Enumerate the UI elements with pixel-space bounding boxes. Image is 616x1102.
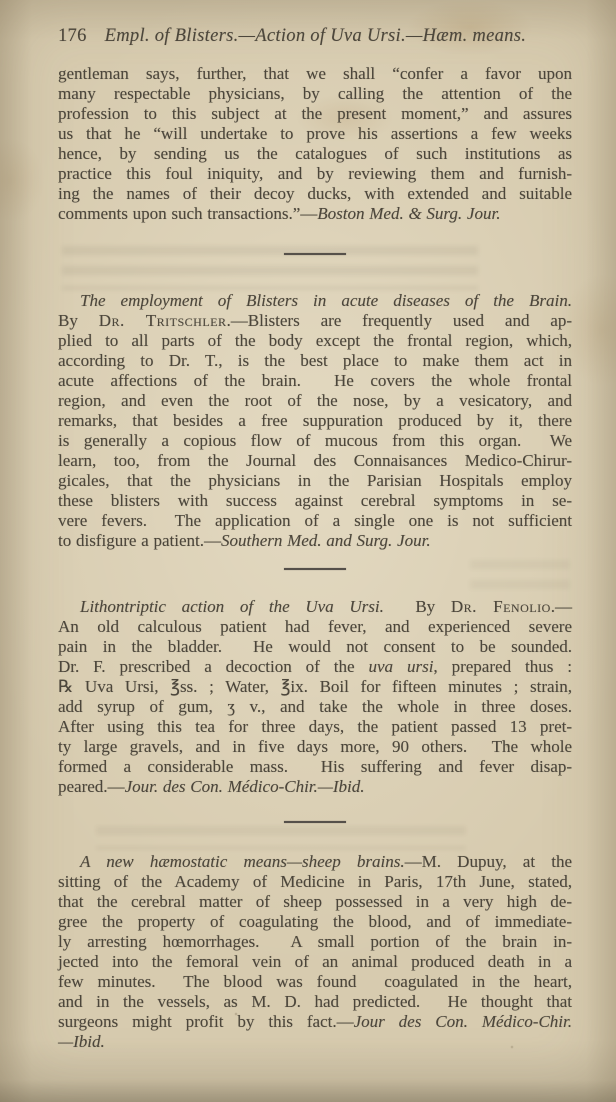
article-quack-institutions: gentleman says, further, that we shall “… <box>58 64 572 224</box>
text-segment: add syrup of gum, ʒ v., and take the who… <box>58 697 572 716</box>
text-segment: and in the vessels, as M. D. had predict… <box>58 992 572 1011</box>
text-line: jected into the femoral vein of an anima… <box>58 952 572 972</box>
text-segment: By <box>58 311 99 330</box>
text-segment: acute affections of the brain. He covers… <box>58 371 572 390</box>
text-segment: gicales, that the physicians in the Pari… <box>58 471 572 490</box>
text-line: peared.—Jour. des Con. Médico-Chir.—Ibid… <box>58 777 572 797</box>
text-segment: , prepared thus : <box>433 657 572 676</box>
text-segment: ℞ Uva Ursi, ℥ss. ; Water, ℥ix. Boil for … <box>58 677 572 696</box>
text-segment: is generally a copious flow of mucous fr… <box>58 431 572 450</box>
text-line: pain in the bladder. He would not consen… <box>58 637 572 657</box>
text-line: sitting of the Academy of Medicine in Pa… <box>58 872 572 892</box>
text-segment: peared.— <box>58 777 125 796</box>
text-line: acute affections of the brain. He covers… <box>58 371 572 391</box>
text-line: ing the names of their decoy ducks, with… <box>58 184 572 204</box>
article-blisters-brain: The employment of Blisters in acute dise… <box>58 291 572 551</box>
text-segment: —Ibid. <box>58 1032 105 1051</box>
text-segment: ly arresting hœmorrhages. A small portio… <box>58 932 572 951</box>
text-segment: Dr. Fenolio <box>451 597 551 616</box>
text-segment: that the cerebral matter of sheep posses… <box>58 892 572 911</box>
text-line: few minutes. The blood was found coagula… <box>58 972 572 992</box>
text-segment: gentleman says, further, that we shall “… <box>58 64 572 83</box>
text-segment: jected into the femoral vein of an anima… <box>58 952 572 971</box>
text-segment: formed a considerable mass. His sufferin… <box>58 757 572 776</box>
text-segment: ty large gravels, and in five days more,… <box>58 737 572 756</box>
section-divider <box>284 253 346 255</box>
text-segment: hence, by sending us the catalogues of s… <box>58 144 572 163</box>
article-sheep-brains: A new hæmostatic means—sheep brains.—M. … <box>58 852 572 1052</box>
text-line: The employment of Blisters in acute dise… <box>58 291 572 311</box>
text-segment: By <box>384 597 451 616</box>
text-line: An old calculous patient had fever, and … <box>58 617 572 637</box>
text-segment: After using this tea for three days, the… <box>58 717 572 736</box>
page-body: gentleman says, further, that we shall “… <box>58 64 572 1052</box>
text-line: ly arresting hœmorrhages. A small portio… <box>58 932 572 952</box>
text-line: After using this tea for three days, the… <box>58 717 572 737</box>
text-segment: .—Blisters are frequently used and ap- <box>227 311 572 330</box>
text-line: according to Dr. T., is the best place t… <box>58 351 572 371</box>
text-segment: remarks, that besides a free suppuration… <box>58 411 572 430</box>
text-line: surgeons might profit by this fact.—Jour… <box>58 1012 572 1032</box>
text-line: comments upon such transactions.”—Boston… <box>58 204 572 224</box>
text-segment: pain in the bladder. He would not consen… <box>58 637 572 656</box>
text-line: learn, too, from the Journal des Connais… <box>58 451 572 471</box>
text-segment: Dr. Tritschler <box>99 311 227 330</box>
text-segment: comments upon such transactions.”— <box>58 204 317 223</box>
text-line: practice this foul iniquity, and by revi… <box>58 164 572 184</box>
text-line: Dr. F. prescribed a decoction of the uva… <box>58 657 572 677</box>
text-line: gree the property of coagulating the blo… <box>58 912 572 932</box>
text-segment: A new hæmostatic means—sheep brains. <box>80 852 405 871</box>
text-segment: uva ursi <box>368 657 433 676</box>
text-line: us that he “will undertake to prove his … <box>58 124 572 144</box>
text-line: to disfigure a patient.—Southern Med. an… <box>58 531 572 551</box>
text-segment: ing the names of their decoy ducks, with… <box>58 184 572 203</box>
section-divider <box>284 568 346 570</box>
journal-page-scan: 176 Empl. of Blisters.—Action of Uva Urs… <box>0 0 616 1102</box>
text-segment: profession to this subject at the presen… <box>58 104 572 123</box>
text-segment: Boston Med. & Surg. Jour. <box>317 204 500 223</box>
text-line: gicales, that the physicians in the Pari… <box>58 471 572 491</box>
text-segment: plied to all parts of the body except th… <box>58 331 572 350</box>
text-segment: .— <box>551 597 572 616</box>
text-line: remarks, that besides a free suppuration… <box>58 411 572 431</box>
page-number: 176 <box>58 26 87 46</box>
text-line: ℞ Uva Ursi, ℥ss. ; Water, ℥ix. Boil for … <box>58 677 572 697</box>
text-segment: gree the property of coagulating the blo… <box>58 912 572 931</box>
text-line: region, and even the root of the nose, b… <box>58 391 572 411</box>
text-segment: Jour des Con. Médico-Chir. <box>354 1012 572 1031</box>
text-segment: Southern Med. and Surg. Jour. <box>221 531 431 550</box>
text-line: —Ibid. <box>58 1032 572 1052</box>
article-uva-ursi: Lithontriptic action of the Uva Ursi. By… <box>58 597 572 797</box>
text-segment: sitting of the Academy of Medicine in Pa… <box>58 872 572 891</box>
text-line: many respectable physicians, by calling … <box>58 84 572 104</box>
text-line: add syrup of gum, ʒ v., and take the who… <box>58 697 572 717</box>
text-segment: An old calculous patient had fever, and … <box>58 617 572 636</box>
text-segment: —M. Dupuy, at the <box>405 852 572 871</box>
text-line: hence, by sending us the catalogues of s… <box>58 144 572 164</box>
text-line: gentleman says, further, that we shall “… <box>58 64 572 84</box>
text-line: ty large gravels, and in five days more,… <box>58 737 572 757</box>
text-line: that the cerebral matter of sheep posses… <box>58 892 572 912</box>
text-segment: learn, too, from the Journal des Connais… <box>58 451 572 470</box>
text-segment: these blisters with success against cere… <box>58 491 572 510</box>
text-segment: us that he “will undertake to prove his … <box>58 124 572 143</box>
text-segment: according to Dr. T., is the best place t… <box>58 351 572 370</box>
text-segment: vere fevers. The application of a single… <box>58 511 572 530</box>
running-head: 176 Empl. of Blisters.—Action of Uva Urs… <box>58 26 572 46</box>
text-segment: practice this foul iniquity, and by revi… <box>58 164 572 183</box>
text-segment: Dr. F. prescribed a decoction of the <box>58 657 368 676</box>
text-segment: The employment of Blisters in acute dise… <box>80 291 572 310</box>
text-line: Lithontriptic action of the Uva Ursi. By… <box>58 597 572 617</box>
text-line: these blisters with success against cere… <box>58 491 572 511</box>
section-divider <box>284 821 346 823</box>
text-segment: region, and even the root of the nose, b… <box>58 391 572 410</box>
text-line: A new hæmostatic means—sheep brains.—M. … <box>58 852 572 872</box>
text-line: profession to this subject at the presen… <box>58 104 572 124</box>
text-line: By Dr. Tritschler.—Blisters are frequent… <box>58 311 572 331</box>
text-segment: few minutes. The blood was found coagula… <box>58 972 572 991</box>
text-line: vere fevers. The application of a single… <box>58 511 572 531</box>
text-line: and in the vessels, as M. D. had predict… <box>58 992 572 1012</box>
text-segment: Jour. des Con. Médico-Chir.—Ibid. <box>125 777 365 796</box>
running-title: Empl. of Blisters.—Action of Uva Ursi.—H… <box>105 26 526 46</box>
text-line: plied to all parts of the body except th… <box>58 331 572 351</box>
text-segment: many respectable physicians, by calling … <box>58 84 572 103</box>
text-segment: to disfigure a patient.— <box>58 531 221 550</box>
text-segment: surgeons might profit by this fact.— <box>58 1012 354 1031</box>
text-line: is generally a copious flow of mucous fr… <box>58 431 572 451</box>
text-segment: Lithontriptic action of the Uva Ursi. <box>80 597 384 616</box>
text-line: formed a considerable mass. His sufferin… <box>58 757 572 777</box>
